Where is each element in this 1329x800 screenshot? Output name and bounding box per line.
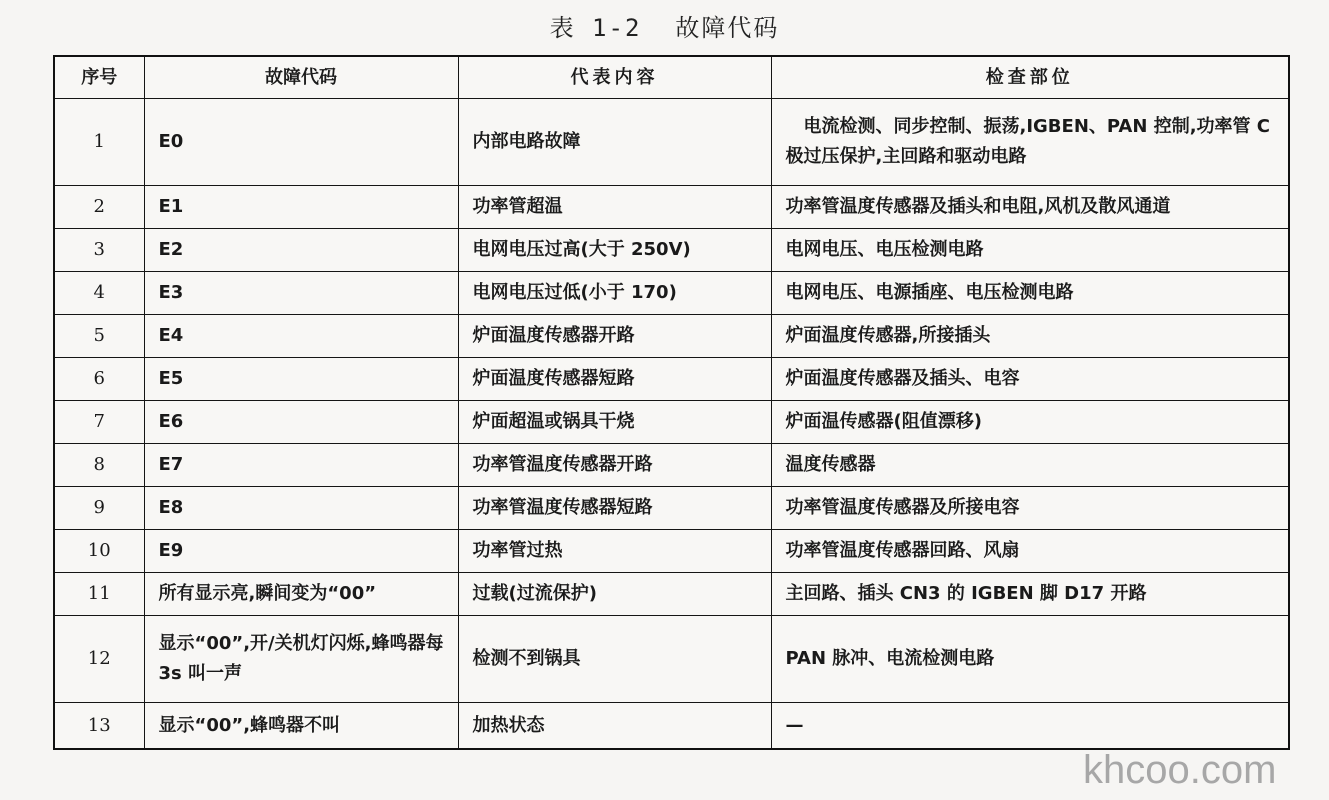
cell-check: 功率管温度传感器回路、风扇 (771, 530, 1289, 573)
table-title: 故障代码 (675, 14, 779, 42)
cell-no: 13 (54, 703, 144, 750)
cell-no: 10 (54, 530, 144, 573)
cell-no: 6 (54, 358, 144, 401)
cell-code: E3 (144, 272, 458, 315)
cell-no: 3 (54, 229, 144, 272)
cell-no: 8 (54, 444, 144, 487)
table-row: 10 E9 功率管过热 功率管温度传感器回路、风扇 (54, 530, 1289, 573)
table-row: 4 E3 电网电压过低(小于 170) 电网电压、电源插座、电压检测电路 (54, 272, 1289, 315)
cell-meaning: 炉面温度传感器短路 (458, 358, 771, 401)
table-caption: 表 1-2故障代码 (0, 8, 1329, 43)
cell-check: 温度传感器 (771, 444, 1289, 487)
table-number: 表 1-2 (550, 14, 642, 42)
header-check: 检查部位 (771, 56, 1289, 99)
cell-code: E8 (144, 487, 458, 530)
cell-no: 1 (54, 99, 144, 186)
cell-check: 炉面温传感器(阻值漂移) (771, 401, 1289, 444)
cell-check: 电网电压、电源插座、电压检测电路 (771, 272, 1289, 315)
cell-check: 功率管温度传感器及插头和电阻,风机及散风通道 (771, 186, 1289, 229)
cell-code: 所有显示亮,瞬间变为“00” (144, 573, 458, 616)
table-row: 7 E6 炉面超温或锅具干烧 炉面温传感器(阻值漂移) (54, 401, 1289, 444)
cell-check: 电流检测、同步控制、振荡,IGBEN、PAN 控制,功率管 C 极过压保护,主回… (771, 99, 1289, 186)
cell-meaning: 功率管过热 (458, 530, 771, 573)
cell-code: 显示“00”,开/关机灯闪烁,蜂鸣器每 3s 叫一声 (144, 616, 458, 703)
cell-code: E0 (144, 99, 458, 186)
cell-meaning: 电网电压过高(大于 250V) (458, 229, 771, 272)
cell-no: 9 (54, 487, 144, 530)
header-meaning: 代表内容 (458, 56, 771, 99)
cell-check: 电网电压、电压检测电路 (771, 229, 1289, 272)
cell-code: E6 (144, 401, 458, 444)
cell-code: E7 (144, 444, 458, 487)
cell-no: 12 (54, 616, 144, 703)
cell-meaning: 电网电压过低(小于 170) (458, 272, 771, 315)
table-row: 5 E4 炉面温度传感器开路 炉面温度传感器,所接插头 (54, 315, 1289, 358)
cell-meaning: 功率管超温 (458, 186, 771, 229)
table-row: 12 显示“00”,开/关机灯闪烁,蜂鸣器每 3s 叫一声 检测不到锅具 PAN… (54, 616, 1289, 703)
cell-code: E2 (144, 229, 458, 272)
cell-check: 功率管温度传感器及所接电容 (771, 487, 1289, 530)
cell-meaning: 加热状态 (458, 703, 771, 750)
cell-check: 炉面温度传感器及插头、电容 (771, 358, 1289, 401)
table-row: 2 E1 功率管超温 功率管温度传感器及插头和电阻,风机及散风通道 (54, 186, 1289, 229)
cell-code: 显示“00”,蜂鸣器不叫 (144, 703, 458, 750)
cell-check: 炉面温度传感器,所接插头 (771, 315, 1289, 358)
cell-meaning: 炉面温度传感器开路 (458, 315, 771, 358)
cell-meaning: 检测不到锅具 (458, 616, 771, 703)
cell-code: E9 (144, 530, 458, 573)
table-row: 6 E5 炉面温度传感器短路 炉面温度传感器及插头、电容 (54, 358, 1289, 401)
cell-check: PAN 脉冲、电流检测电路 (771, 616, 1289, 703)
table-row: 11 所有显示亮,瞬间变为“00” 过载(过流保护) 主回路、插头 CN3 的 … (54, 573, 1289, 616)
cell-meaning: 功率管温度传感器开路 (458, 444, 771, 487)
fault-code-table: 序号 故障代码 代表内容 检查部位 1 E0 内部电路故障 电流检测、同步控制、… (53, 55, 1290, 750)
table-row: 9 E8 功率管温度传感器短路 功率管温度传感器及所接电容 (54, 487, 1289, 530)
cell-no: 11 (54, 573, 144, 616)
cell-code: E5 (144, 358, 458, 401)
cell-check: — (771, 703, 1289, 750)
cell-code: E1 (144, 186, 458, 229)
table-row: 1 E0 内部电路故障 电流检测、同步控制、振荡,IGBEN、PAN 控制,功率… (54, 99, 1289, 186)
table-row: 13 显示“00”,蜂鸣器不叫 加热状态 — (54, 703, 1289, 750)
table-row: 3 E2 电网电压过高(大于 250V) 电网电压、电压检测电路 (54, 229, 1289, 272)
cell-meaning: 炉面超温或锅具干烧 (458, 401, 771, 444)
cell-no: 5 (54, 315, 144, 358)
cell-no: 7 (54, 401, 144, 444)
cell-meaning: 过载(过流保护) (458, 573, 771, 616)
cell-meaning: 内部电路故障 (458, 99, 771, 186)
header-no: 序号 (54, 56, 144, 99)
table-row: 8 E7 功率管温度传感器开路 温度传感器 (54, 444, 1289, 487)
cell-code: E4 (144, 315, 458, 358)
header-code: 故障代码 (144, 56, 458, 99)
cell-check: 主回路、插头 CN3 的 IGBEN 脚 D17 开路 (771, 573, 1289, 616)
watermark: khcoo.com (1083, 748, 1276, 793)
cell-no: 4 (54, 272, 144, 315)
header-row: 序号 故障代码 代表内容 检查部位 (54, 56, 1289, 99)
cell-no: 2 (54, 186, 144, 229)
cell-meaning: 功率管温度传感器短路 (458, 487, 771, 530)
